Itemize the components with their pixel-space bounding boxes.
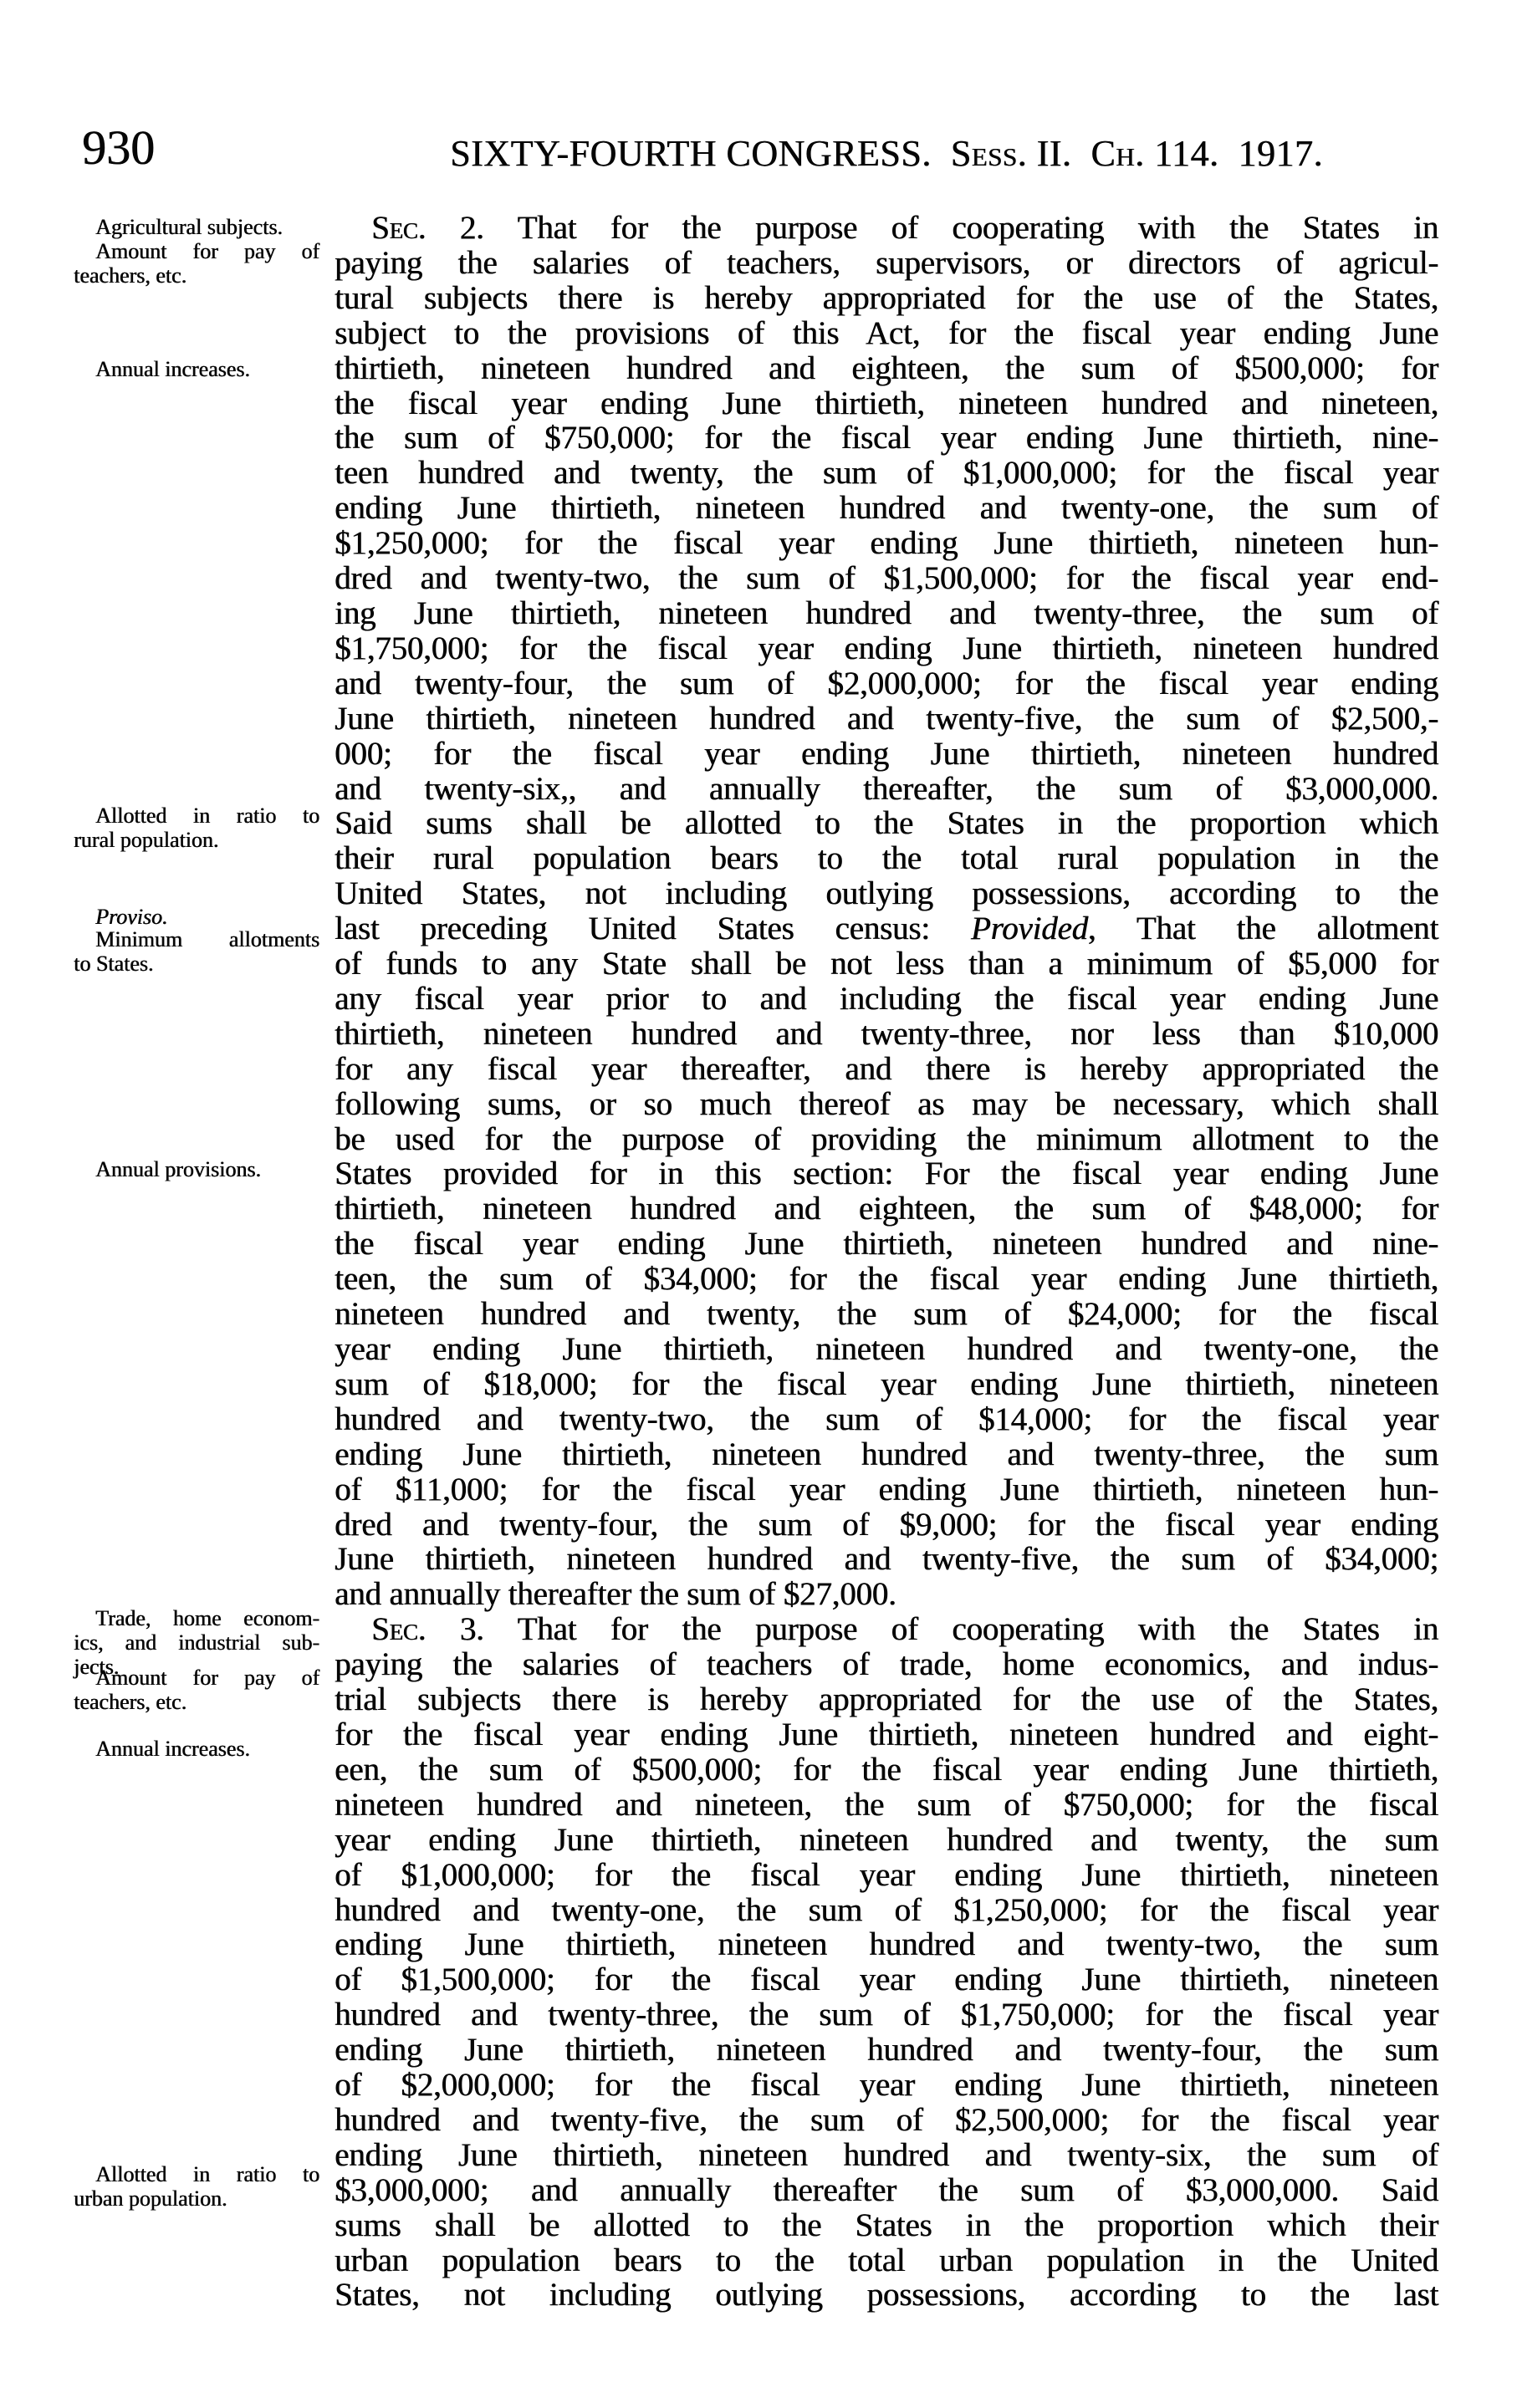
text-line: nineteen hundred and twenty, the sum of … — [335, 1297, 1438, 1332]
text-line: paying the salaries of teachers, supervi… — [335, 246, 1438, 281]
text-line: teen hundred and twenty, the sum of $1,0… — [335, 456, 1438, 491]
margin-note: Annual increases. — [74, 357, 319, 381]
text-line: their rural population bears to the tota… — [335, 841, 1438, 876]
margin-note-line: ics, and industrial sub- — [74, 1630, 319, 1655]
text-line: ending June thirtieth, nineteen hundred … — [335, 491, 1438, 526]
margin-note-line: Trade, home econom- — [74, 1606, 319, 1630]
text-line: of $2,000,000; for the fiscal year endin… — [335, 2068, 1438, 2103]
text-line: States provided for in this section: For… — [335, 1156, 1438, 1191]
text-line: for any fiscal year thereafter, and ther… — [335, 1052, 1438, 1087]
text-line: dred and twenty-four, the sum of $9,000;… — [335, 1508, 1438, 1543]
margin-note: Proviso. — [74, 905, 319, 929]
text-line: of $1,000,000; for the fiscal year endin… — [335, 1858, 1438, 1893]
text-line: tural subjects there is hereby appropria… — [335, 281, 1438, 316]
text-line: $1,250,000; for the fiscal year ending J… — [335, 526, 1438, 561]
text-line: hundred and twenty-one, the sum of $1,25… — [335, 1893, 1438, 1928]
text-line: dred and twenty-two, the sum of $1,500,0… — [335, 561, 1438, 596]
text-line: ing June thirtieth, nineteen hundred and… — [335, 596, 1438, 631]
text-line: nineteen hundred and nineteen, the sum o… — [335, 1788, 1438, 1823]
margin-note-line: Proviso. — [74, 905, 319, 929]
text-line: following sums, or so much thereof as ma… — [335, 1087, 1438, 1122]
margin-note-line: teachers, etc. — [74, 1690, 319, 1714]
margin-note: Annual provisions. — [74, 1157, 319, 1181]
margin-note: Annual increases. — [74, 1737, 319, 1761]
text-line: trial subjects there is hereby appropria… — [335, 1682, 1438, 1717]
text-line: last preceding United States census: Pro… — [335, 911, 1438, 946]
statute-page: 930 SIXTY-FOURTH CONGRESS. Sess. II. Ch.… — [0, 0, 1517, 2408]
text-line: 000; for the fiscal year ending June thi… — [335, 737, 1438, 772]
text-line: ending June thirtieth, nineteen hundred … — [335, 2033, 1438, 2068]
page-number: 930 — [82, 124, 155, 172]
text-line: the sum of $750,000; for the fiscal year… — [335, 421, 1438, 456]
text-line: sum of $18,000; for the fiscal year endi… — [335, 1367, 1438, 1402]
section-sec3: Sec. 3. That for the purpose of cooperat… — [335, 1612, 1438, 2313]
text-line: urban population bears to the total urba… — [335, 2243, 1438, 2278]
text-line: $1,750,000; for the fiscal year ending J… — [335, 631, 1438, 666]
text-line: thirtieth, nineteen hundred and eighteen… — [335, 351, 1438, 386]
text-line: thirtieth, nineteen hundred and twenty-t… — [335, 1017, 1438, 1052]
margin-note: Amount for pay ofteachers, etc. — [74, 239, 319, 288]
margin-note-line: Annual provisions. — [74, 1157, 319, 1181]
text-line: subject to the provisions of this Act, f… — [335, 316, 1438, 351]
text-line: and annually thereafter the sum of $27,0… — [335, 1577, 1438, 1612]
margin-note: Agricultural subjects. — [74, 215, 319, 239]
text-line: hundred and twenty-three, the sum of $1,… — [335, 1997, 1438, 2033]
margin-note: Amount for pay ofteachers, etc. — [74, 1666, 319, 1714]
text-line: ending June thirtieth, nineteen hundred … — [335, 1927, 1438, 1962]
text-line: the fiscal year ending June thirtieth, n… — [335, 1227, 1438, 1262]
text-line: any fiscal year prior to and including t… — [335, 982, 1438, 1017]
margin-note-line: teachers, etc. — [74, 263, 319, 288]
text-line: June thirtieth, nineteen hundred and twe… — [335, 701, 1438, 737]
text-line: United States, not including outlying po… — [335, 876, 1438, 911]
text-line: een, the sum of $500,000; for the fiscal… — [335, 1752, 1438, 1788]
margin-note-line: Annual increases. — [74, 1737, 319, 1761]
text-line: Sec. 2. That for the purpose of cooperat… — [335, 211, 1438, 246]
margin-note-line: Agricultural subjects. — [74, 215, 319, 239]
text-line: the fiscal year ending June thirtieth, n… — [335, 386, 1438, 421]
text-line: ending June thirtieth, nineteen hundred … — [335, 1437, 1438, 1472]
section-sec2: Sec. 2. That for the purpose of cooperat… — [335, 211, 1438, 1612]
text-line: $3,000,000; and annually thereafter the … — [335, 2173, 1438, 2208]
margin-note-line: Minimum allotments — [74, 927, 319, 951]
text-line: Said sums shall be allotted to the State… — [335, 806, 1438, 841]
text-line: ending June thirtieth, nineteen hundred … — [335, 2138, 1438, 2173]
page-header-title: SIXTY-FOURTH CONGRESS. Sess. II. Ch. 114… — [335, 134, 1438, 174]
text-line: year ending June thirtieth, nineteen hun… — [335, 1823, 1438, 1858]
text-line: Sec. 3. That for the purpose of cooperat… — [335, 1612, 1438, 1647]
statute-text: Sec. 2. That for the purpose of cooperat… — [335, 211, 1438, 2313]
text-line: paying the salaries of teachers of trade… — [335, 1647, 1438, 1682]
text-line: and twenty-four, the sum of $2,000,000; … — [335, 666, 1438, 701]
margin-note-line: rural population. — [74, 828, 319, 852]
text-line: thirtieth, nineteen hundred and eighteen… — [335, 1191, 1438, 1227]
text-line: of $1,500,000; for the fiscal year endin… — [335, 1962, 1438, 1997]
margin-note-line: Amount for pay of — [74, 1666, 319, 1690]
text-line: hundred and twenty-two, the sum of $14,0… — [335, 1402, 1438, 1437]
margin-note-line: Allotted in ratio to — [74, 804, 319, 828]
text-line: sums shall be allotted to the States in … — [335, 2208, 1438, 2243]
text-line: year ending June thirtieth, nineteen hun… — [335, 1332, 1438, 1367]
text-line: June thirtieth, nineteen hundred and twe… — [335, 1542, 1438, 1577]
text-line: States, not including outlying possessio… — [335, 2278, 1438, 2313]
margin-note: Allotted in ratio torural population. — [74, 804, 319, 852]
text-line: teen, the sum of $34,000; for the fiscal… — [335, 1262, 1438, 1297]
text-line: and twenty-six,, and annually thereafter… — [335, 772, 1438, 807]
text-line: hundred and twenty-five, the sum of $2,5… — [335, 2103, 1438, 2138]
margin-note: Allotted in ratio tourban population. — [74, 2162, 319, 2211]
margin-note-line: Annual increases. — [74, 357, 319, 381]
text-line: for the fiscal year ending June thirtiet… — [335, 1717, 1438, 1752]
margin-note-line: to States. — [74, 951, 319, 976]
text-line: of $11,000; for the fiscal year ending J… — [335, 1472, 1438, 1508]
text-line: be used for the purpose of providing the… — [335, 1122, 1438, 1157]
margin-note-line: urban population. — [74, 2186, 319, 2211]
margin-note-line: Allotted in ratio to — [74, 2162, 319, 2186]
margin-note: Minimum allotmentsto States. — [74, 927, 319, 976]
margin-note-line: Amount for pay of — [74, 239, 319, 263]
text-line: of funds to any State shall be not less … — [335, 946, 1438, 982]
